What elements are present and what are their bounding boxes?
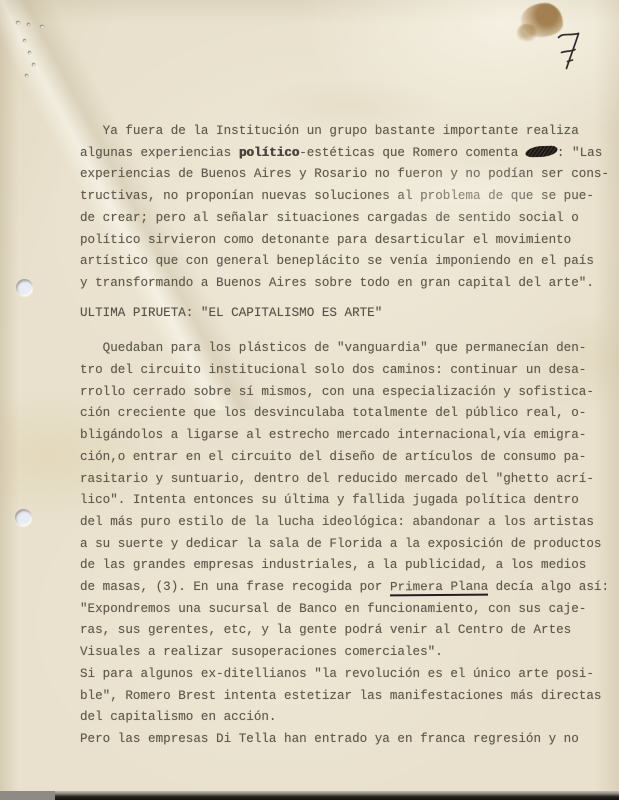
scan-edge-dark [55, 791, 619, 800]
typewritten-text: Ya fuera de la Institución un grupo bast… [80, 121, 619, 751]
text-segment: algunas experiencias [80, 146, 239, 160]
text-segment: "Expondremos una sucursal de Banco en fu… [80, 602, 586, 616]
scribbled-out-word [524, 145, 559, 157]
text-segment: ción creciente que los desvinculaba tota… [80, 406, 586, 420]
text-segment: rasitario y suntuario, dentro del reduci… [80, 472, 594, 486]
text-line: a su suerte y dedicar la sala de Florida… [80, 534, 619, 556]
text-line: rasitario y suntuario, dentro del reduci… [80, 469, 619, 491]
text-segment: experiencias de Buenos Aires y Rosario n… [80, 167, 609, 181]
text-line: y transformando a Buenos Aires sobre tod… [80, 273, 619, 295]
hole-punch-top [16, 279, 33, 296]
text-segment: de las grandes empresas industriales, a … [80, 558, 586, 572]
text-line: ción,o entrar en el circuito del diseño … [80, 447, 619, 469]
text-line: Visuales a realizar susoperaciones comer… [80, 642, 619, 664]
text-line: algunas experiencias político-estéticas … [80, 143, 619, 165]
text-segment: : "Las [557, 146, 602, 160]
text-line: del capitalismo en acción. [80, 707, 619, 729]
text-segment: y transformando a Buenos Aires sobre tod… [80, 276, 594, 290]
text-segment: de crear; pero al señalar situaciones ca… [80, 211, 579, 225]
text-line: ULTIMA PIRUETA: "EL CAPITALISMO ES ARTE" [80, 303, 619, 325]
text-line: "Expondremos una sucursal de Banco en fu… [80, 599, 619, 621]
text-line: ras, sus gerentes, etc, y la gente podrá… [80, 620, 619, 642]
text-line: de crear; pero al señalar situaciones ca… [80, 208, 619, 230]
text-line: tro del circuito institucional solo dos … [80, 360, 619, 382]
text-segment: Visuales a realizar susoperaciones comer… [80, 645, 443, 659]
scanned-document-page: 7 Ya fuera de la Institución un grupo ba… [0, 0, 619, 800]
text-segment: Pero las empresas Di Tella han entrado y… [80, 732, 579, 746]
text-line: lico". Intenta entonces su última y fall… [80, 490, 619, 512]
text-segment: lico". Intenta entonces su última y fall… [80, 493, 579, 507]
text-segment: Ya fuera de la Institución un grupo bast… [80, 124, 579, 138]
staple-mark [16, 21, 20, 24]
paragraph: Quedaban para los plásticos de "vanguard… [80, 338, 619, 750]
text-segment: artístico que con general beneplácito se… [80, 254, 594, 268]
text-segment: ble", Romero Brest intenta estetizar las… [80, 689, 601, 703]
text-line: bligándolos a ligarse al estrecho mercad… [80, 425, 619, 447]
text-line: rrollo cerrado sobre sí mismos, con una … [80, 382, 619, 404]
text-line: político sirvieron como detonante para d… [80, 230, 619, 252]
text-line: ble", Romero Brest intenta estetizar las… [80, 686, 619, 708]
text-line: ción creciente que los desvinculaba tota… [80, 403, 619, 425]
text-segment: de masas, (3). En una frase recogida por [80, 580, 390, 594]
text-segment: bligándolos a ligarse al estrecho mercad… [80, 428, 586, 442]
text-line: del más puro estilo de la lucha ideológi… [80, 512, 619, 534]
text-line: tructivas, no proponían nuevas solucione… [80, 186, 619, 208]
text-segment: político [239, 146, 299, 160]
text-line: Si para algunos ex-ditellianos "la revol… [80, 664, 619, 686]
text-segment: Si para algunos ex-ditellianos "la revol… [80, 667, 594, 681]
coffee-stain-tail [517, 24, 537, 41]
text-segment: decía algo así: [488, 580, 609, 594]
scan-edge [0, 791, 619, 800]
text-line: experiencias de Buenos Aires y Rosario n… [80, 164, 619, 186]
section-heading: ULTIMA PIRUETA: "EL CAPITALISMO ES ARTE" [80, 303, 619, 325]
staple-mark [23, 39, 26, 42]
hole-punch-bottom [15, 509, 32, 526]
handwritten-seven-glyph [555, 29, 583, 71]
text-line: de masas, (3). En una frase recogida por… [80, 577, 619, 599]
text-segment: ULTIMA PIRUETA: "EL CAPITALISMO ES ARTE" [80, 306, 382, 320]
staple-mark [32, 63, 35, 66]
text-segment: Quedaban para los plásticos de "vanguard… [80, 341, 586, 355]
staple-mark [40, 25, 44, 28]
paragraph: Ya fuera de la Institución un grupo bast… [80, 121, 619, 295]
text-line: artístico que con general beneplácito se… [80, 251, 619, 273]
text-segment: tro del circuito institucional solo dos … [80, 363, 586, 377]
text-segment: tructivas, no proponían nuevas solucione… [80, 189, 594, 203]
text-segment: ción,o entrar en el circuito del diseño … [80, 450, 586, 464]
text-line: Quedaban para los plásticos de "vanguard… [80, 338, 619, 360]
text-line: de las grandes empresas industriales, a … [80, 555, 619, 577]
text-segment: ras, sus gerentes, etc, y la gente podrá… [80, 623, 571, 637]
text-segment: a su suerte y dedicar la sala de Florida… [80, 537, 601, 551]
text-segment: -estéticas que Romero comenta [299, 146, 526, 160]
text-line: Ya fuera de la Institución un grupo bast… [80, 121, 619, 143]
handwritten-page-number: 7 [555, 29, 583, 71]
staple-mark [28, 51, 31, 54]
staple-mark [27, 23, 30, 26]
staple-mark [25, 74, 28, 77]
text-segment: del más puro estilo de la lucha ideológi… [80, 515, 594, 529]
text-segment: político sirvieron como detonante para d… [80, 233, 571, 247]
text-segment: rrollo cerrado sobre sí mismos, con una … [80, 385, 594, 399]
hand-underlined-text: Primera Plana [390, 581, 488, 597]
text-segment: del capitalismo en acción. [80, 710, 277, 724]
text-line: Pero las empresas Di Tella han entrado y… [80, 729, 619, 751]
